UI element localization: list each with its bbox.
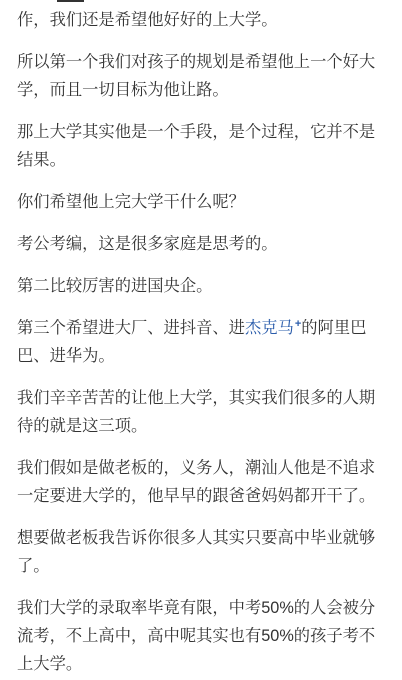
paragraph: 我们大学的录取率毕竟有限，中考50%的人会被分流考，不上高中，高中呢其实也有50… [17, 594, 385, 678]
paragraph: 第二比较厉害的进国央企。 [17, 272, 385, 300]
clipped-previous-line-remnant [57, 0, 84, 2]
entity-link[interactable]: 杰克马+ [245, 319, 301, 337]
paragraph: 所以第一个我们对孩子的规划是希望他上一个好大学，而且一切目标为他让路。 [17, 48, 385, 104]
paragraph: 作，我们还是希望他好好的上大学。 [17, 6, 385, 34]
paragraph: 第三个希望进大厂、进抖音、进杰克马+的阿里巴巴、进华为。 [17, 314, 385, 370]
paragraph: 考公考编，这是很多家庭是思考的。 [17, 230, 385, 258]
paragraph: 想要做老板我告诉你很多人其实只要高中毕业就够了。 [17, 524, 385, 580]
paragraph: 你们希望他上完大学干什么呢？ [17, 188, 385, 216]
paragraph-text: 第三个希望进大厂、进抖音、进 [17, 319, 245, 337]
article-body: 作，我们还是希望他好好的上大学。 所以第一个我们对孩子的规划是希望他上一个好大学… [0, 0, 402, 678]
paragraph: 那上大学其实他是一个手段，是个过程，它并不是结果。 [17, 118, 385, 174]
paragraph: 我们假如是做老板的，义务人，潮汕人他是不追求一定要进大学的，他早早的跟爸爸妈妈都… [17, 454, 385, 510]
paragraph: 我们辛辛苦苦的让他上大学，其实我们很多的人期待的就是这三项。 [17, 384, 385, 440]
entity-link-text: 杰克马 [245, 319, 294, 337]
